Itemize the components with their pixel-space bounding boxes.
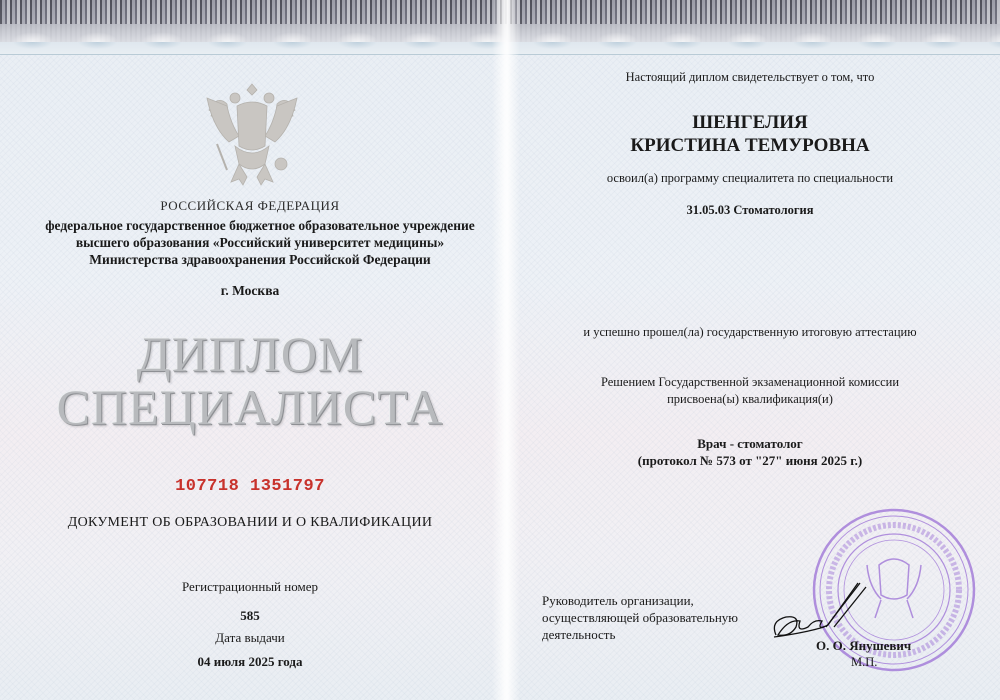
graduate-name: ШЕНГЕЛИЯ КРИСТИНА ТЕМУРОВНА [500,111,1000,157]
country-name: РОССИЙСКАЯ ФЕДЕРАЦИЯ [0,198,500,214]
head-line1: Руководитель организации, [542,592,738,609]
registration-number: 585 [0,608,500,624]
protocol: (протокол № 573 от "27" июня 2025 г.) [500,452,1000,469]
left-page: РОССИЙСКАЯ ФЕДЕРАЦИЯ федеральное государ… [0,0,500,700]
specialty: 31.05.03 Стоматология [500,203,1000,218]
head-of-organization-label: Руководитель организации, осуществляющей… [542,592,738,643]
decision-line2: присвоена(ы) квалификация(и) [500,391,1000,408]
seal-label: М.П. [851,655,877,670]
decorative-border [0,42,1000,55]
attestation-text: и успешно прошел(ла) государственную ито… [500,325,1000,340]
commission-decision: Решением Государственной экзаменационной… [500,374,1000,408]
qualification: Врач - стоматолог [500,435,1000,452]
intro-text: Настоящий диплом свидетельствует о том, … [500,70,1000,85]
right-page: Настоящий диплом свидетельствует о том, … [500,0,1000,700]
qualification-block: Врач - стоматолог (протокол № 573 от "27… [500,435,1000,469]
graduate-surname: ШЕНГЕЛИЯ [500,111,1000,134]
signer-name: О. О. Янушевич [816,638,911,654]
city: г. Москва [0,283,500,299]
serial-number: 107718 1351797 [0,477,500,496]
document-type: ДОКУМЕНТ ОБ ОБРАЗОВАНИИ И О КВАЛИФИКАЦИИ [0,515,500,531]
diploma-title-line2: СПЕЦИАЛИСТА [0,381,500,433]
decision-line1: Решением Государственной экзаменационной… [500,374,1000,391]
head-line2: осуществляющей образовательную [542,609,738,626]
head-line3: деятельность [542,626,738,643]
organization-name: федеральное государственное бюджетное об… [30,217,490,268]
graduate-given-names: КРИСТИНА ТЕМУРОВНА [500,134,1000,157]
issue-date-label: Дата выдачи [0,630,500,646]
russian-coat-of-arms-icon [197,78,307,190]
diploma-title-line1: ДИПЛОМ [0,328,500,380]
issue-date: 04 июля 2025 года [0,654,500,670]
decorative-guilloche-band [0,0,1000,42]
registration-label: Регистрационный номер [0,579,500,595]
program-text: освоил(а) программу специалитета по спец… [500,171,1000,186]
